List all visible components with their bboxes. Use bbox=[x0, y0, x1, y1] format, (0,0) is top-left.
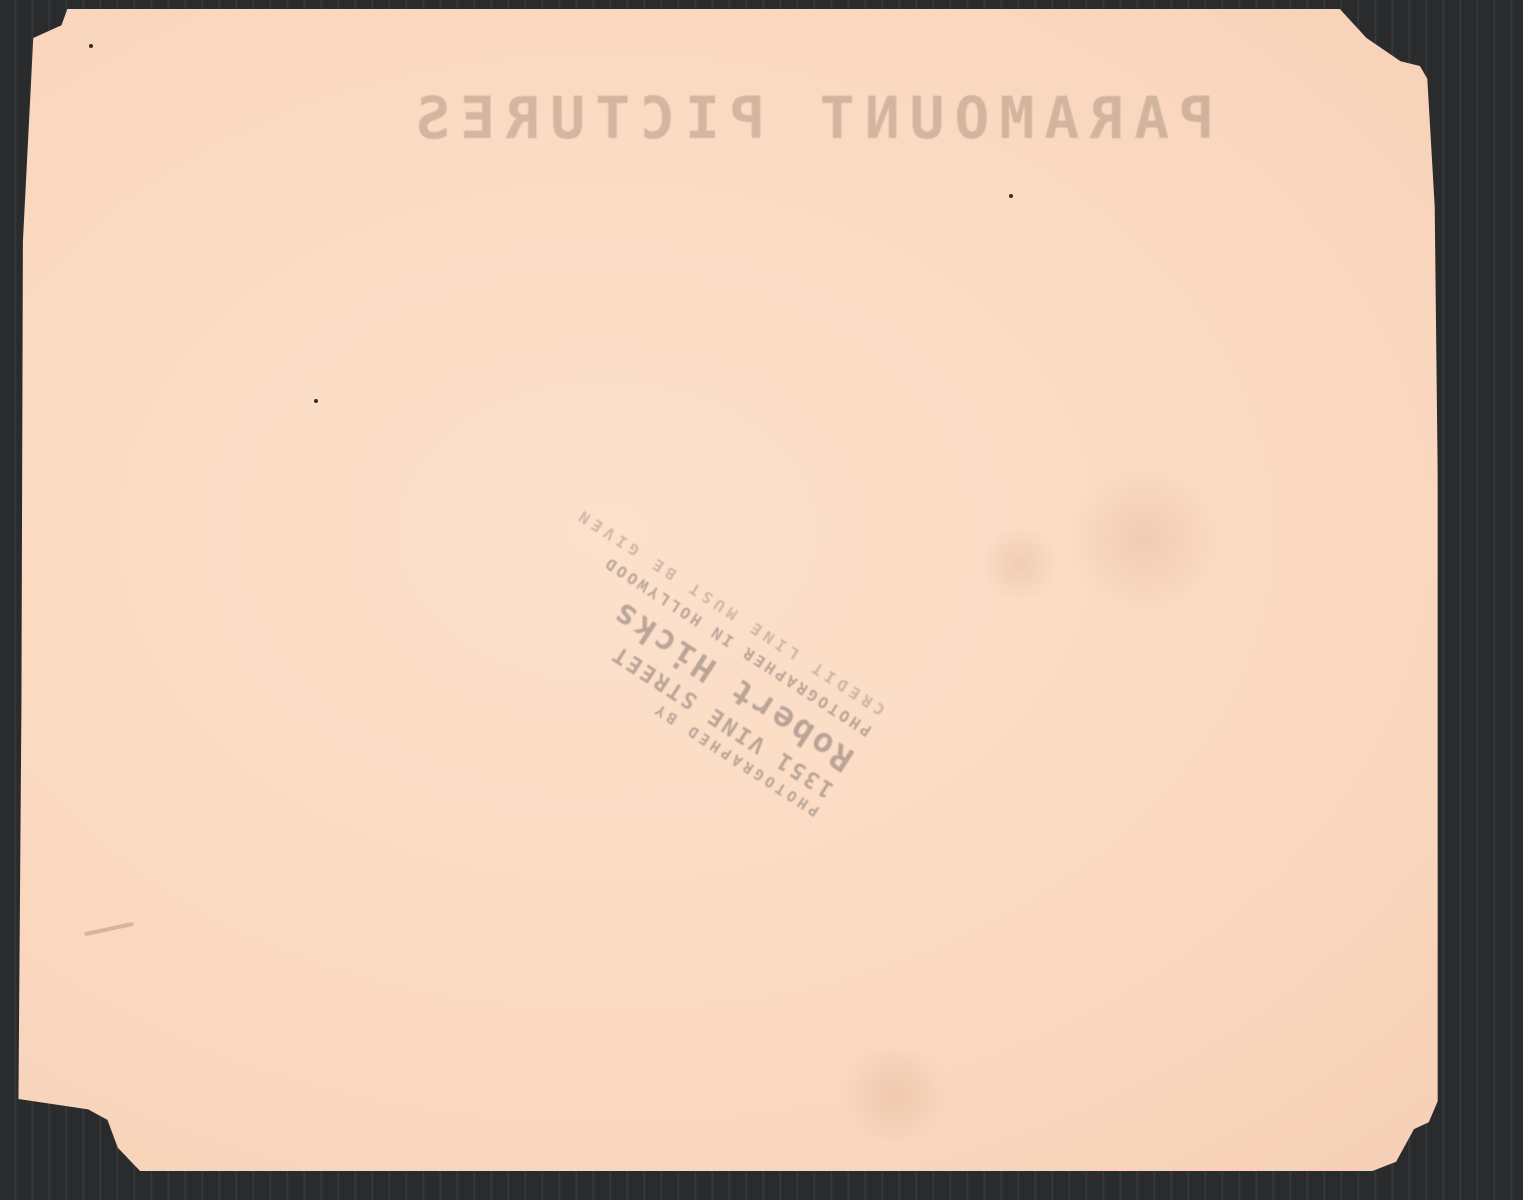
pencil-mark bbox=[84, 922, 134, 936]
photo-back-paper: PARAMOUNT PICTURES 17383 17383 PHOTOGRAP… bbox=[14, 9, 1497, 1171]
photographer-stamp: PHOTOGRAPHED BY 1351 VINE STREET Robert … bbox=[310, 377, 889, 820]
speck bbox=[1436, 1146, 1440, 1150]
catalog-number-mirrored: 17383 bbox=[1479, 389, 1523, 630]
stain bbox=[1064, 469, 1224, 609]
stain bbox=[834, 1049, 954, 1139]
speck bbox=[1009, 194, 1013, 198]
bleed-through-title: PARAMOUNT PICTURES bbox=[454, 84, 1214, 152]
catalog-number: 17383 bbox=[0, 569, 34, 806]
speck bbox=[89, 44, 93, 48]
speck bbox=[314, 399, 318, 403]
speck bbox=[1442, 41, 1446, 45]
speck bbox=[86, 1149, 90, 1153]
stain bbox=[974, 529, 1064, 599]
stamp-photographer-name: Robert Hicks bbox=[336, 419, 861, 779]
